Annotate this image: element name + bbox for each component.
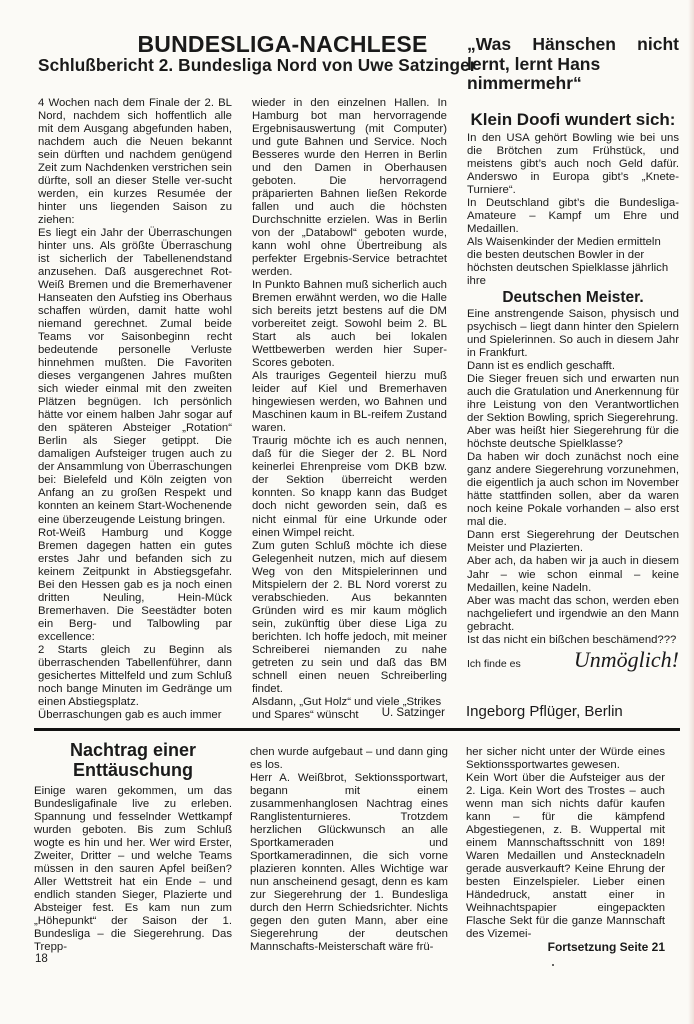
paragraph: Kein Wort über die Aufsteiger aus der 2.… bbox=[466, 772, 665, 941]
paragraph: Da haben wir doch zunächst noch eine gan… bbox=[467, 451, 679, 529]
sidebar-article-subtitle: Klein Doofi wundert sich: bbox=[467, 110, 679, 130]
closing-line: Ich finde es Unmöglich! bbox=[467, 647, 679, 673]
paragraph: Aber ach, da haben wir ja auch in diesem… bbox=[467, 555, 679, 594]
paragraph: Als trauriges Gegenteil hierzu muß leide… bbox=[252, 370, 447, 435]
paragraph: Aber was heißt hier Siegerehrung für die… bbox=[467, 425, 679, 451]
sidebar-article-body: In den USA gehört Bowling wie bei uns di… bbox=[467, 132, 679, 673]
paragraph: 2 Starts gleich zu Beginn als überrasche… bbox=[38, 644, 232, 709]
closing-word: Unmöglich! bbox=[574, 647, 679, 673]
title-word: „Was bbox=[467, 35, 511, 55]
closing-lead: Ich finde es bbox=[467, 658, 521, 671]
paragraph: 4 Wochen nach dem Finale der 2. BL Nord,… bbox=[38, 97, 232, 227]
article-byline: U. Satzinger bbox=[300, 707, 445, 719]
title-word: nicht bbox=[637, 35, 679, 55]
bottom-article-column-1: Einige waren gekommen, um das Bundesliga… bbox=[34, 785, 232, 954]
paragraph: In Punkto Bahnen muß sicherlich auch Bre… bbox=[252, 279, 447, 370]
paragraph: Als Waisenkinder der Medien ermitteln di… bbox=[467, 236, 679, 288]
main-article-column-2: wieder in den einzelnen Hallen. In Hambu… bbox=[252, 97, 447, 722]
magazine-page: BUNDESLIGA-NACHLESE Schlußbericht 2. Bun… bbox=[0, 0, 694, 1024]
paragraph: Eine anstrengende Saison, physisch und p… bbox=[467, 308, 679, 360]
article-subtitle: Schlußbericht 2. Bundesliga Nord von Uwe… bbox=[38, 55, 458, 75]
bottom-article-title: Nachtrag einer Enttäuschung bbox=[38, 741, 228, 780]
paragraph: chen wurde aufgebaut – und dann ging es … bbox=[250, 746, 448, 772]
bottom-article-column-2: chen wurde aufgebaut – und dann ging es … bbox=[250, 746, 448, 954]
print-speck bbox=[552, 964, 554, 966]
sidebar-article-title: „Was Hänschen nicht lernt, lernt Hans ni… bbox=[467, 35, 679, 94]
bottom-article-column-3: her sicher nicht unter der Würde eines S… bbox=[466, 746, 665, 954]
paragraph: wieder in den einzelnen Hallen. In Hambu… bbox=[252, 97, 447, 279]
main-article-column-1: 4 Wochen nach dem Finale der 2. BL Nord,… bbox=[38, 97, 232, 722]
paragraph: Rot-Weiß Hamburg und Kogge Bremen dagege… bbox=[38, 527, 232, 644]
emphasis-heading: Deutschen Meister. bbox=[467, 288, 679, 308]
paragraph: In Deutschland gibt’s die Bundesliga-Ama… bbox=[467, 197, 679, 236]
paragraph: Es liegt ein Jahr der Überraschungen hin… bbox=[38, 227, 232, 526]
page-number: 18 bbox=[35, 953, 48, 965]
article-title: BUNDESLIGA-NACHLESE bbox=[110, 31, 455, 57]
page-edge-shadow bbox=[688, 0, 694, 1024]
section-divider bbox=[34, 728, 680, 731]
paragraph: Aber was macht das schon, werden eben na… bbox=[467, 595, 679, 634]
paragraph: In den USA gehört Bowling wie bei uns di… bbox=[467, 132, 679, 197]
continuation-note: Fortsetzung Seite 21 bbox=[466, 941, 665, 954]
paragraph: Die Sieger freuen sich und erwarten nun … bbox=[467, 373, 679, 425]
title-word: Hänschen bbox=[532, 35, 616, 55]
title-rest: lernt, lernt Hans nimmermehr“ bbox=[467, 55, 679, 94]
paragraph: Traurig möchte ich es auch nennen, daß f… bbox=[252, 435, 447, 539]
paragraph: Dann ist es endlich geschafft. bbox=[467, 360, 679, 373]
paragraph: Dann erst Siegerehrung der Deutschen Mei… bbox=[467, 529, 679, 555]
paragraph: Zum guten Schluß möchte ich diese Gelege… bbox=[252, 540, 447, 696]
paragraph: Herr A. Weißbrot, Sektionssportwart, beg… bbox=[250, 772, 448, 954]
paragraph: Überraschungen gab es auch immer bbox=[38, 709, 232, 722]
paragraph: her sicher nicht unter der Würde eines S… bbox=[466, 746, 665, 772]
sidebar-author: Ingeborg Pflüger, Berlin bbox=[466, 703, 686, 720]
paragraph: Einige waren gekommen, um das Bundesliga… bbox=[34, 785, 232, 954]
paragraph: Ist das nicht ein bißchen beschämend??? bbox=[467, 634, 679, 647]
